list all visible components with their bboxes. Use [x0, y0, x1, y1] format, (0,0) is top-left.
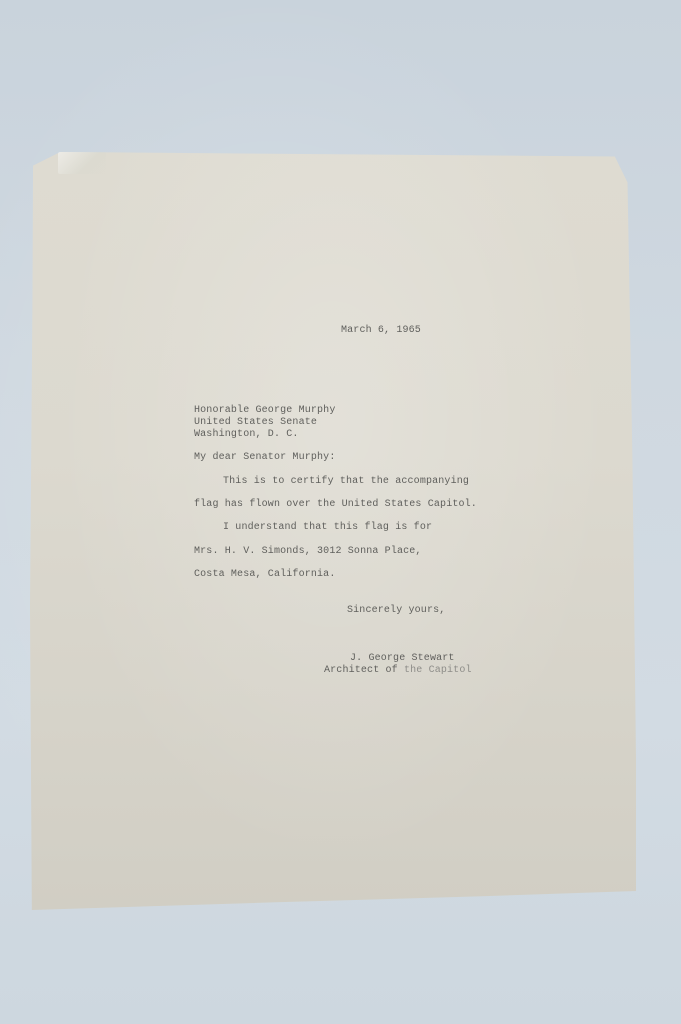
recipient-line-1: Honorable George Murphy [194, 405, 335, 417]
letter-date: March 6, 1965 [341, 325, 421, 337]
recipient-line-3: Washington, D. C. [194, 429, 299, 441]
signature-name: J. George Stewart [350, 653, 455, 665]
body-line-2: flag has flown over the United States Ca… [194, 499, 477, 511]
closing: Sincerely yours, [347, 605, 445, 617]
signature-title: Architect of the Capitol [324, 665, 472, 677]
body-line-1: This is to certify that the accompanying [223, 476, 469, 488]
body-line-4: Mrs. H. V. Simonds, 3012 Sonna Place, [194, 546, 422, 558]
signature-title-start: Architect of [324, 665, 404, 676]
letter-text: March 6, 1965 Honorable George Murphy Un… [0, 0, 681, 1024]
recipient-line-2: United States Senate [194, 417, 317, 429]
body-line-3: I understand that this flag is for [223, 522, 432, 534]
salutation: My dear Senator Murphy: [194, 452, 335, 464]
body-line-5: Costa Mesa, California. [194, 569, 335, 581]
signature-title-end: the Capitol [404, 665, 472, 676]
